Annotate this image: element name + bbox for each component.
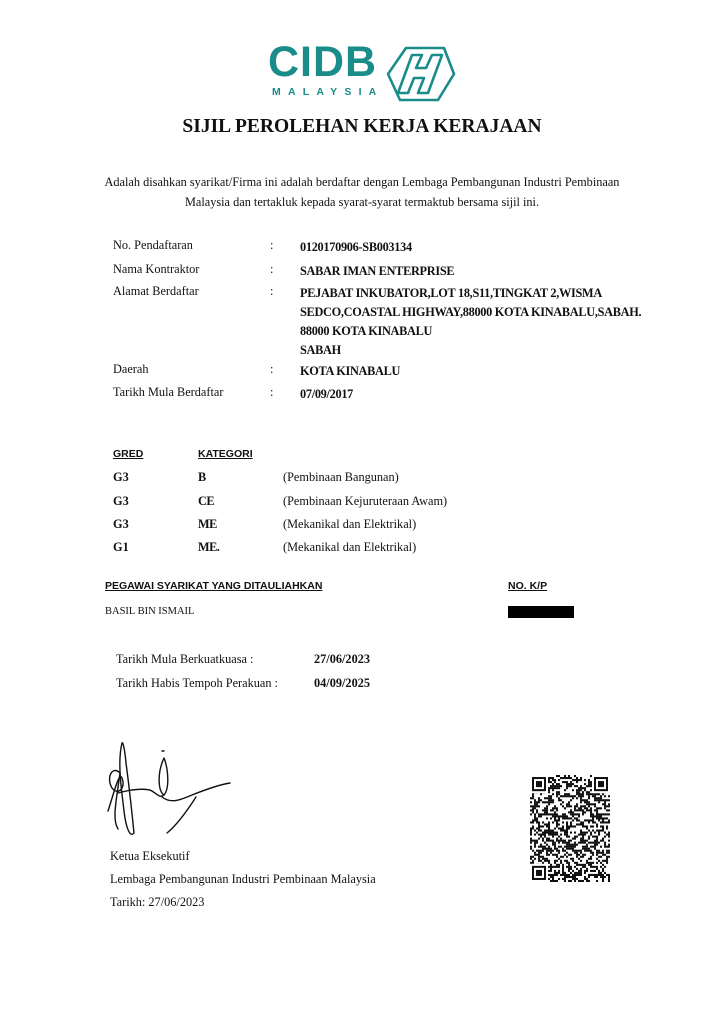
contractor-name-value: SABAR IMAN ENTERPRISE bbox=[300, 262, 454, 281]
address-line: PEJABAT INKUBATOR,LOT 18,S11,TINGKAT 2,W… bbox=[300, 284, 641, 303]
colon: : bbox=[270, 362, 273, 377]
category-column-header: KATEGORI bbox=[198, 448, 253, 460]
signatory-organization: Lembaga Pembangunan Industri Pembinaan M… bbox=[110, 872, 376, 887]
grade-value: G3 bbox=[113, 494, 129, 509]
category-description: (Pembinaan Bangunan) bbox=[283, 470, 399, 485]
address-value: PEJABAT INKUBATOR,LOT 18,S11,TINGKAT 2,W… bbox=[300, 284, 641, 360]
qr-code-icon[interactable] bbox=[530, 775, 610, 882]
registration-date-label: Tarikh Mula Berdaftar bbox=[113, 385, 223, 400]
colon: : bbox=[270, 262, 273, 277]
grade-column-header: GRED bbox=[113, 448, 143, 460]
registration-no-value: 0120170906-SB003134 bbox=[300, 238, 412, 257]
category-value: CE bbox=[198, 494, 214, 509]
address-line: 88000 KOTA KINABALU bbox=[300, 322, 641, 341]
category-value: ME. bbox=[198, 540, 219, 555]
district-label: Daerah bbox=[113, 362, 149, 377]
category-value: B bbox=[198, 470, 206, 485]
cidb-hexagon-h-logo-icon bbox=[384, 46, 456, 102]
grade-value: G1 bbox=[113, 540, 129, 555]
logo-subtitle: MALAYSIA bbox=[272, 86, 383, 98]
validity-end-value: 04/09/2025 bbox=[314, 676, 370, 691]
category-value: ME bbox=[198, 517, 217, 532]
signature-date: Tarikh: 27/06/2023 bbox=[110, 895, 204, 910]
address-line: SABAH bbox=[300, 341, 641, 360]
category-description: (Mekanikal dan Elektrikal) bbox=[283, 540, 416, 555]
grade-value: G3 bbox=[113, 470, 129, 485]
ic-number-redacted bbox=[508, 606, 574, 618]
contractor-name-label: Nama Kontraktor bbox=[113, 262, 199, 277]
validity-start-label: Tarikh Mula Berkuatkuasa : bbox=[116, 652, 253, 667]
certificate-title: SIJIL PEROLEHAN KERJA KERAJAAN bbox=[0, 116, 724, 138]
validity-start-value: 27/06/2023 bbox=[314, 652, 370, 667]
category-description: (Mekanikal dan Elektrikal) bbox=[283, 517, 416, 532]
signature-image bbox=[92, 733, 242, 845]
address-line: SEDCO,COASTAL HIGHWAY,88000 KOTA KINABAL… bbox=[300, 303, 641, 322]
officer-name: BASIL BIN ISMAIL bbox=[105, 606, 194, 617]
colon: : bbox=[270, 385, 273, 400]
address-label: Alamat Berdaftar bbox=[113, 284, 199, 299]
colon: : bbox=[270, 284, 273, 299]
signatory-title: Ketua Eksekutif bbox=[110, 849, 190, 864]
validity-end-label: Tarikh Habis Tempoh Perakuan : bbox=[116, 676, 278, 691]
cidb-logo: CIDB MALAYSIA bbox=[268, 44, 458, 104]
registration-date-value: 07/09/2017 bbox=[300, 385, 353, 404]
registration-no-label: No. Pendaftaran bbox=[113, 238, 193, 253]
intro-statement: Adalah disahkan syarikat/Firma ini adala… bbox=[90, 172, 634, 212]
grade-value: G3 bbox=[113, 517, 129, 532]
logo-brand-text: CIDB bbox=[268, 38, 377, 87]
authorized-officer-header: PEGAWAI SYARIKAT YANG DITAULIAHKAN bbox=[105, 580, 322, 592]
category-description: (Pembinaan Kejuruteraan Awam) bbox=[283, 494, 447, 509]
ic-number-header: NO. K/P bbox=[508, 580, 547, 592]
colon: : bbox=[270, 238, 273, 253]
district-value: KOTA KINABALU bbox=[300, 362, 400, 381]
